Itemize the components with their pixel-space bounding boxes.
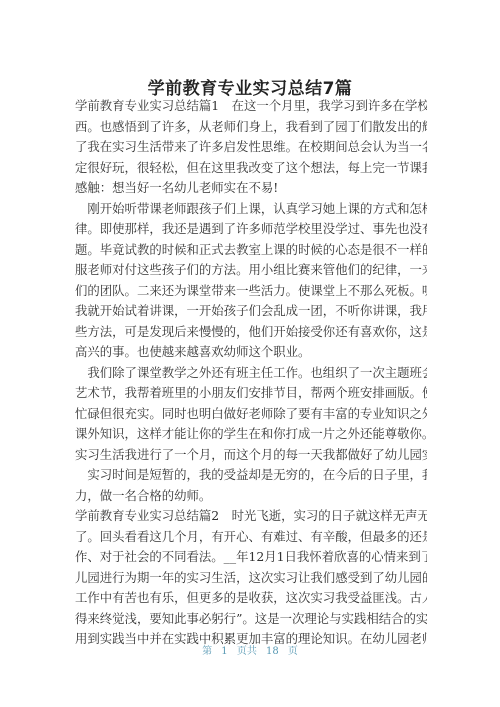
text-line: 些方法，可是发现后来慢慢的，他们开始接受你还有喜欢你，这是实习期最有 <box>75 322 427 343</box>
text-line: 我们除了课堂教学之外还有班主任工作。也组织了一次主题班会活动幼儿园 <box>75 363 427 384</box>
text-line: 艺术节，我帮着班里的小朋友们安排节目，帮两个班安排画版。使我在实习期 <box>75 383 427 404</box>
text-line: 刚开始听带课老师跟孩子们上课，认真学习她上课的方式和怎样管好课堂纪 <box>75 199 427 220</box>
text-line: 课外知识，这样才能让你的学生在和你打成一片之外还能尊敬你。这样忙碌的 <box>75 424 427 445</box>
text-line: 实习生活我进行了一个月，而这个月的每一天我都做好了幼儿园实习工作。 <box>75 445 427 466</box>
text-line: 西。也感悟到了许多，从老师们身上，我看到了园丁们散发出的耀眼光芒，给 <box>75 117 427 138</box>
text-line: 实习时间是短暂的，我的受益却是无穷的，在今后的日子里，我会继续努 <box>75 465 427 486</box>
text-line: 力，做一名合格的幼师。 <box>75 486 427 507</box>
text-line: 题。毕竟试教的时候和正式去教室上课的时候的心态是很不一样的。同时也佩 <box>75 240 427 261</box>
text-line: 了我在实习生活带来了许多启发性思维。在校期间总会认为当一名幼儿老师肯 <box>75 137 427 158</box>
text-line: 学前教育专业实习总结篇1 在这一个月里，我学习到许多在学校学不到的东 <box>75 96 427 117</box>
text-line: 服老师对付这些孩子们的方法。用小组比赛来管他们的纪律，一来可以培养他 <box>75 260 427 281</box>
text-line: 得来终觉浅，要知此事必躬行”。这是一次理论与实践相结合的实习，把理论应 <box>75 609 427 630</box>
text-line: 们的团队。二来还为课堂带来一些活力。使课堂上不那么死板。听了几节之后 <box>75 281 427 302</box>
document-body: 学前教育专业实习总结篇1 在这一个月里，我学习到许多在学校学不到的东西。也感悟到… <box>75 96 427 650</box>
text-line: 定很好玩，很轻松，但在这里我改变了这个想法，每上完一节课我都有最大的 <box>75 158 427 179</box>
document-page: 学前教育专业实习总结7篇 学前教育专业实习总结篇1 在这一个月里，我学习到许多在… <box>0 0 500 707</box>
text-line: 高兴的事。也使越来越喜欢幼师这个职业。 <box>75 342 427 363</box>
page-indicator: 第 1 页共 18 页 <box>0 642 500 657</box>
text-line: 工作中有苦也有乐，但更多的是收获，这次实习我受益匪浅。古人云：“纸上 <box>75 588 427 609</box>
text-line: 作、对于社会的不同看法。__年12月1日我怀着欣喜的心情来到了紫薇臻品幼 <box>75 547 427 568</box>
text-line: 我就开始试着讲课，一开始孩子们会乱成一团，不听你讲课，我用了老师的那 <box>75 301 427 322</box>
text-line: 律。即使那样，我还是遇到了许多师范学校里没学过、事先也没有料到过的难 <box>75 219 427 240</box>
text-line: 儿园进行为期一年的实习生活，这次实习让我们感受到了幼儿园的一日生活。 <box>75 568 427 589</box>
text-line: 忙碌但很充实。同时也明白做好老师除了要有丰富的专业知识之外，还要其他 <box>75 404 427 425</box>
text-line: 了。回头看看这几个月，有开心、有难过、有辛酸，但最多的还是自己对于工 <box>75 527 427 548</box>
text-line: 感触：想当好一名幼儿老师实在不易! <box>75 178 427 199</box>
text-line: 学前教育专业实习总结篇2 时光飞逝，实习的日子就这样无声无息的过去 <box>75 506 427 527</box>
